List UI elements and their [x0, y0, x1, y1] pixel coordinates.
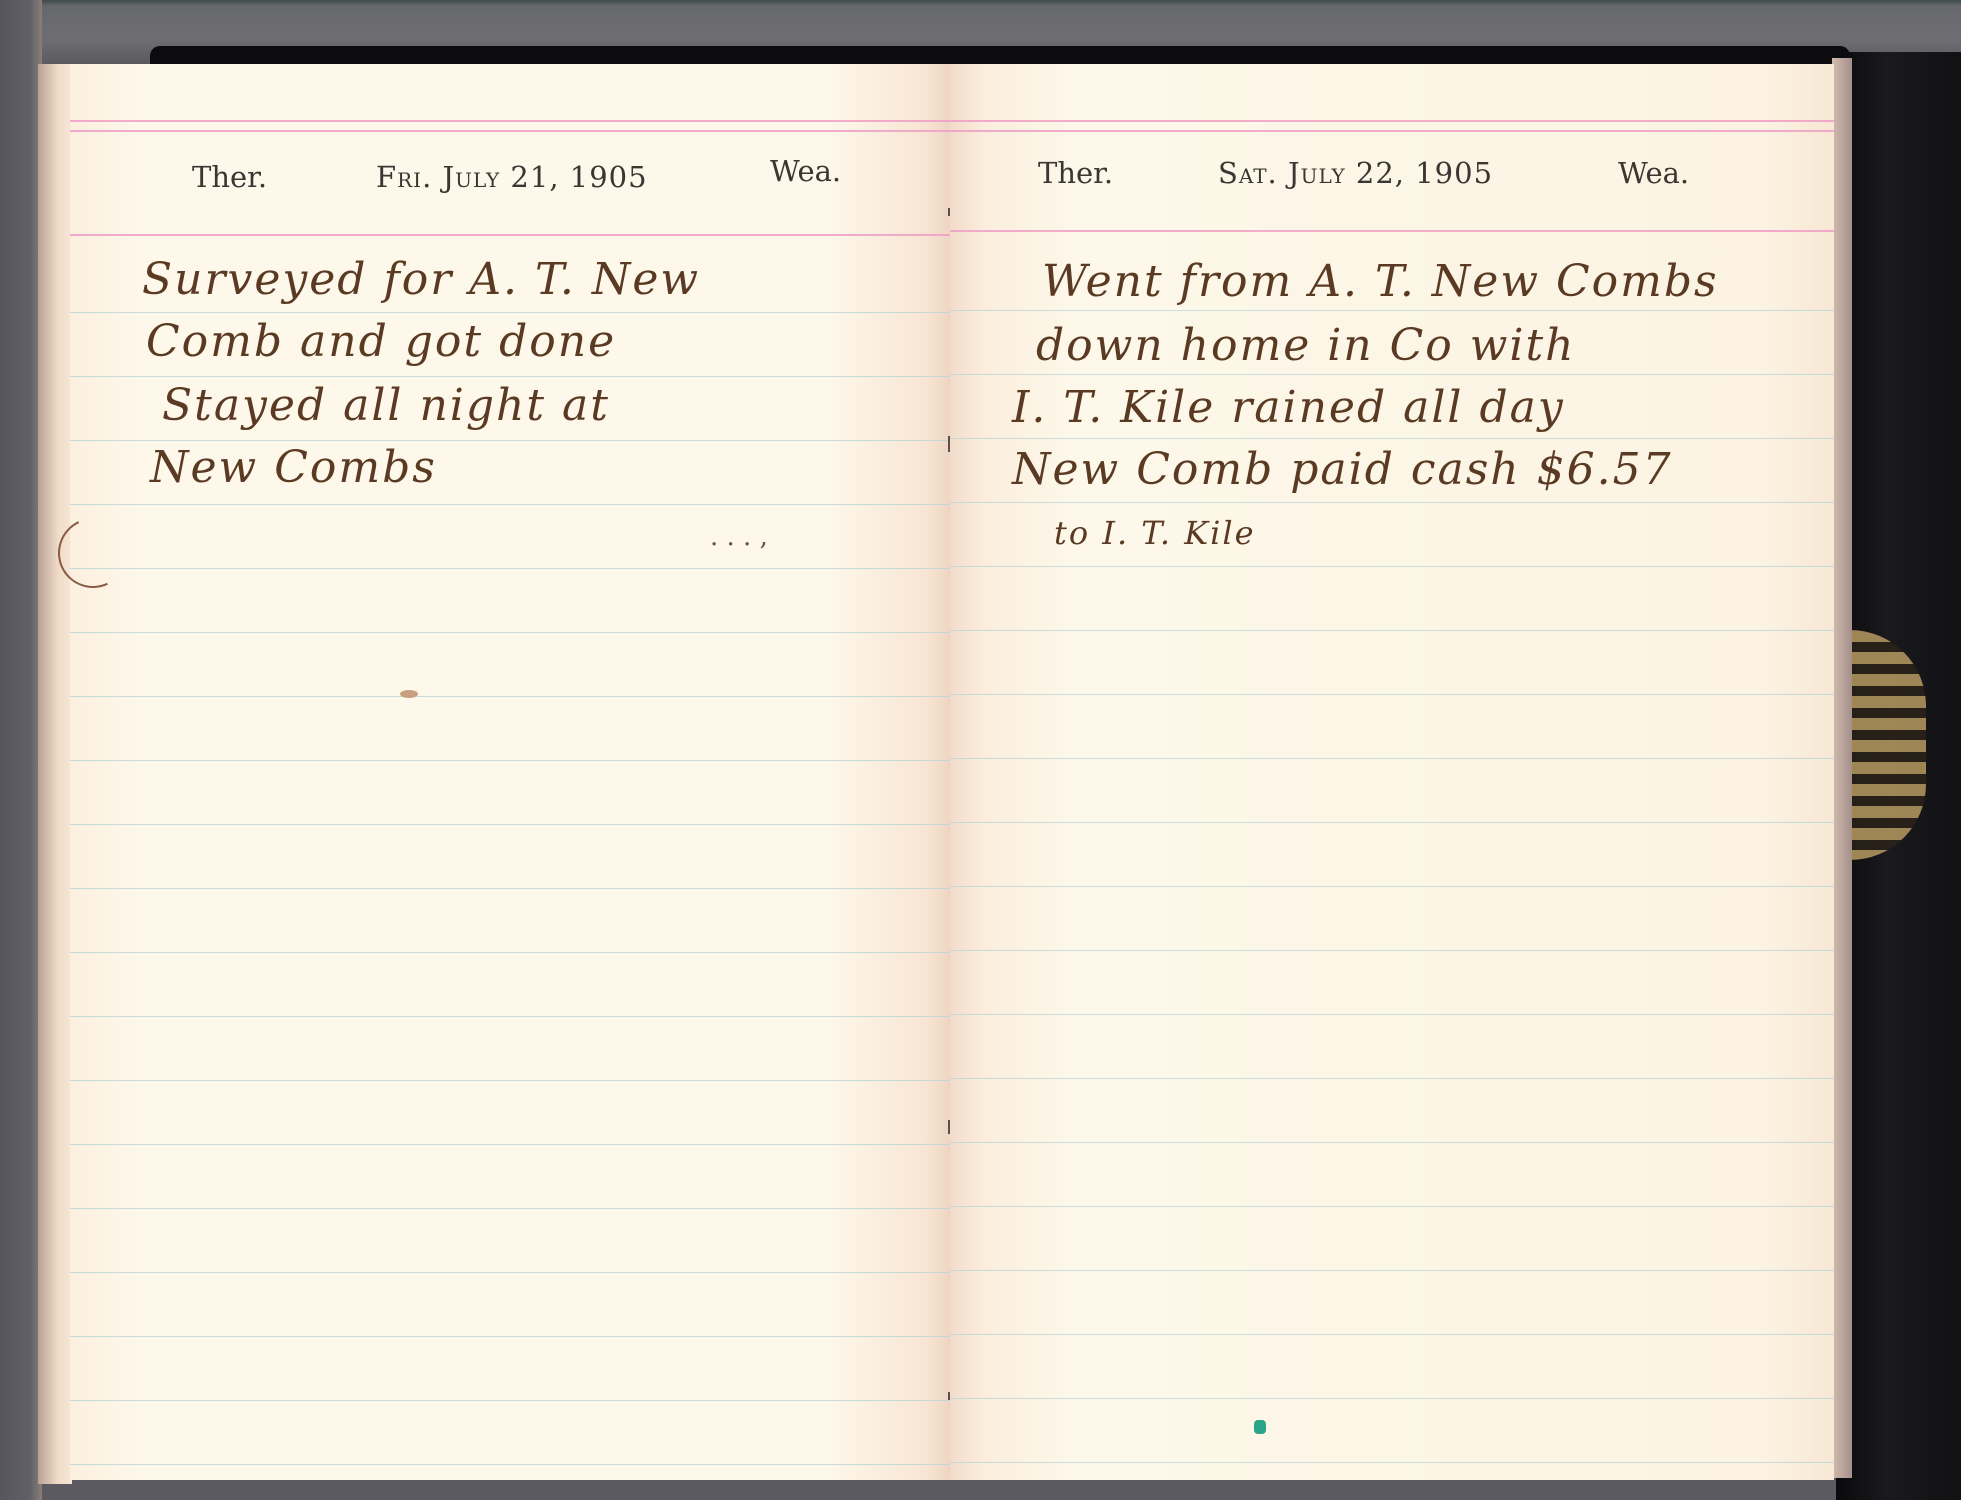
header-rule-bottom	[70, 234, 950, 236]
ruled-line	[950, 758, 1834, 759]
ruled-line	[70, 504, 950, 505]
handwritten-line: Surveyed for A. T. New	[142, 254, 700, 305]
ruled-line	[950, 1398, 1834, 1399]
ruled-line	[950, 630, 1834, 631]
thermometer-label: Ther.	[1038, 156, 1113, 190]
scanner-frame-left	[0, 0, 42, 1500]
ruled-line	[950, 1014, 1834, 1015]
handwritten-line: to I. T. Kile	[1054, 514, 1256, 552]
ruled-line	[70, 376, 950, 377]
paper-spot	[400, 690, 418, 698]
handwritten-line: New Comb paid cash $6.57	[1012, 444, 1673, 495]
ruled-line	[70, 824, 950, 825]
ruled-line	[950, 1462, 1834, 1463]
ruled-line	[950, 886, 1834, 887]
page-stack-right	[1832, 58, 1852, 1478]
header-rule	[70, 120, 950, 122]
ruled-line	[70, 1336, 950, 1337]
ruled-line	[70, 568, 950, 569]
stray-ink-marks: . . . ,	[710, 522, 768, 552]
handwritten-line: down home in Co with	[1036, 320, 1576, 371]
ruled-line	[70, 760, 950, 761]
page-date: Sat. July 22, 1905	[1218, 156, 1493, 190]
weather-label: Wea.	[770, 154, 841, 188]
thermometer-label: Ther.	[192, 160, 267, 194]
handwritten-line: Comb and got done	[146, 316, 616, 367]
ruled-line	[70, 888, 950, 889]
diary-page-left: Ther. Fri. July 21, 1905 Wea. Surveyed f…	[70, 64, 950, 1480]
ruled-line	[950, 950, 1834, 951]
ruled-line	[70, 952, 950, 953]
page-stack-left	[38, 64, 72, 1484]
ruled-line	[70, 696, 950, 697]
ruled-line	[950, 502, 1834, 503]
header-rule	[950, 130, 1834, 132]
page-date: Fri. July 21, 1905	[376, 160, 648, 194]
ruled-line	[70, 1464, 950, 1465]
ruled-line	[70, 1144, 950, 1145]
ruled-line	[950, 1078, 1834, 1079]
ruled-line	[950, 1206, 1834, 1207]
ruled-line	[70, 1400, 950, 1401]
ruled-line	[950, 566, 1834, 567]
ruled-line	[70, 440, 950, 441]
header-rule-bottom	[950, 230, 1834, 232]
ruled-line	[950, 1142, 1834, 1143]
ruled-line	[950, 374, 1834, 375]
ruled-line	[70, 1208, 950, 1209]
ruled-line	[70, 632, 950, 633]
header-rule	[950, 120, 1834, 122]
ruled-line	[950, 1270, 1834, 1271]
ruled-line	[70, 1272, 950, 1273]
page-header: Ther. Sat. July 22, 1905 Wea.	[950, 160, 1834, 210]
paper-spot-green	[1254, 1420, 1266, 1434]
ruled-line	[950, 694, 1834, 695]
page-header: Ther. Fri. July 21, 1905 Wea.	[70, 160, 950, 210]
ruled-line	[950, 310, 1834, 311]
ruled-line	[950, 822, 1834, 823]
diary-page-right: Ther. Sat. July 22, 1905 Wea. Went from …	[950, 64, 1834, 1480]
handwritten-line: I. T. Kile rained all day	[1012, 382, 1565, 433]
ruled-line	[70, 1080, 950, 1081]
handwritten-line: New Combs	[150, 442, 437, 493]
ruled-line	[70, 1016, 950, 1017]
weather-label: Wea.	[1618, 156, 1689, 190]
ruled-line	[70, 312, 950, 313]
ruled-line	[950, 1334, 1834, 1335]
handwritten-line: Stayed all night at	[162, 380, 610, 431]
handwritten-line: Went from A. T. New Combs	[1042, 256, 1719, 307]
ruled-line	[950, 438, 1834, 439]
header-rule	[70, 130, 950, 132]
